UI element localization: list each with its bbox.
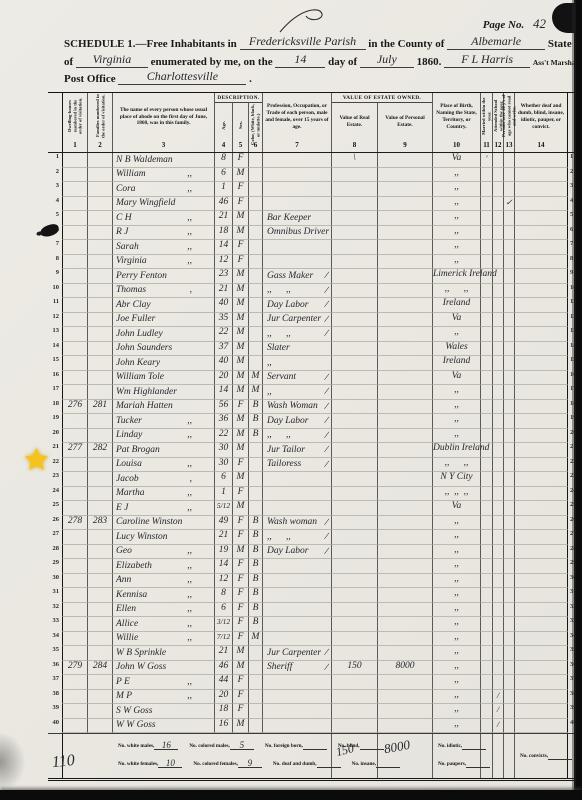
table-row: 15John Keary40M,,Ireland15 bbox=[48, 356, 582, 371]
family-cell bbox=[88, 646, 113, 661]
table-row: 9Perry Fenton23MGass Maker/Limerick Irel… bbox=[48, 269, 582, 284]
sex-cell: F bbox=[233, 182, 249, 197]
column-title: Whether deaf and dumb, blind, insane, id… bbox=[515, 93, 567, 141]
illiterate-cell bbox=[504, 559, 515, 574]
family-cell bbox=[88, 211, 113, 226]
birthplace-cell: ,, bbox=[433, 327, 481, 342]
personal-estate-cell bbox=[378, 719, 433, 734]
occupation-cell: Jur Tailor/ bbox=[263, 443, 332, 458]
person-name: Thomas bbox=[116, 285, 146, 295]
ditto-mark: ,, bbox=[187, 575, 192, 585]
color-cell bbox=[249, 458, 263, 473]
column-number-1: 1 bbox=[62, 139, 88, 152]
value-estate-group-label: VALUE OF ESTATE OWNED. bbox=[332, 93, 433, 103]
real-estate-cell bbox=[332, 197, 378, 212]
occupation-text: ,, ,, bbox=[267, 532, 291, 542]
table-row: 4Mary Wingfield46F,,✓4 bbox=[48, 197, 582, 212]
occupation-cell: Bar Keeper bbox=[263, 211, 332, 226]
married-cell bbox=[481, 269, 493, 284]
sex-cell: M bbox=[233, 472, 249, 487]
dwelling-cell bbox=[62, 153, 88, 168]
occupation-text: Day Labor bbox=[267, 546, 308, 556]
real-estate-cell bbox=[332, 719, 378, 734]
occupation-cell: ,, ,,/ bbox=[263, 530, 332, 545]
ditto-mark: , bbox=[190, 474, 192, 484]
illiterate-cell bbox=[504, 443, 515, 458]
dwelling-cell bbox=[62, 197, 88, 212]
age-cell: 6 bbox=[215, 472, 233, 487]
school-cell bbox=[493, 197, 504, 212]
person-name: Pat Brogan bbox=[116, 445, 160, 455]
person-name: Willie bbox=[116, 633, 138, 643]
remarks-cell bbox=[515, 211, 568, 226]
married-cell bbox=[481, 690, 493, 705]
real-estate-cell bbox=[332, 646, 378, 661]
name-cell: P E,, bbox=[113, 675, 215, 690]
color-cell: B bbox=[249, 559, 263, 574]
row-number: 39 bbox=[48, 704, 62, 719]
personal-estate-cell bbox=[378, 414, 433, 429]
illiterate-cell bbox=[504, 719, 515, 734]
column-header-11: Married within the year. bbox=[481, 93, 493, 139]
column-number-5: 5 bbox=[233, 139, 249, 152]
row-number: 31 bbox=[48, 588, 62, 603]
page-no-value: 42 bbox=[533, 16, 546, 31]
sex-cell: M bbox=[233, 342, 249, 357]
tally-tick: / bbox=[324, 401, 329, 412]
person-name: Wm Highlander bbox=[116, 387, 177, 397]
occupation-text: Wash woman bbox=[267, 517, 317, 527]
table-row: 29Elizabeth,,14FB,,29 bbox=[48, 559, 582, 574]
row-number bbox=[48, 93, 62, 139]
married-cell bbox=[481, 545, 493, 560]
occupation-cell: Day Labor/ bbox=[263, 298, 332, 313]
occupation-cell: Servant/ bbox=[263, 371, 332, 386]
color-cell: B bbox=[249, 516, 263, 531]
person-name: Louisa bbox=[116, 459, 142, 469]
column-title: Value of Personal Estate. bbox=[378, 103, 432, 141]
married-cell bbox=[481, 443, 493, 458]
age-cell: 18 bbox=[215, 704, 233, 719]
header-line-2: of Virginia enumerated by me, on the 14 … bbox=[64, 52, 580, 68]
age-cell: 21 bbox=[215, 211, 233, 226]
dwelling-cell bbox=[62, 168, 88, 183]
table-row: 17Wm Highlander14MM,,/,,17 bbox=[48, 385, 582, 400]
real-estate-cell bbox=[332, 632, 378, 647]
sex-cell: M bbox=[233, 385, 249, 400]
table-row: 36279284John W Goss46MSheriff/1508000,,3… bbox=[48, 661, 582, 676]
summary-label: No. colored males, bbox=[189, 743, 230, 749]
personal-estate-cell bbox=[378, 690, 433, 705]
summary-pair: No. foreign born, bbox=[265, 739, 327, 750]
illiterate-cell bbox=[504, 588, 515, 603]
dwelling-cell bbox=[62, 385, 88, 400]
summary-pair: No. convicts, bbox=[520, 749, 572, 760]
table-header-row: Dwelling-houses numbered in the order of… bbox=[48, 93, 582, 139]
person-name: Lucy Winston bbox=[116, 532, 167, 542]
remarks-cell bbox=[515, 356, 568, 371]
age-cell: 8 bbox=[215, 588, 233, 603]
summary-label: No. idiotic, bbox=[438, 743, 462, 749]
birthplace-cell: ,, ,, ,, bbox=[433, 487, 481, 502]
birthplace-cell: ,, bbox=[433, 385, 481, 400]
school-cell bbox=[493, 298, 504, 313]
dwelling-cell bbox=[62, 342, 88, 357]
tally-tick: / bbox=[324, 285, 329, 296]
birthplace-cell: ,, bbox=[433, 545, 481, 560]
occupation-cell bbox=[263, 182, 332, 197]
summary-label: No. colored females, bbox=[193, 761, 238, 767]
occupation-text: Sheriff bbox=[267, 662, 292, 672]
person-name: Abr Clay bbox=[116, 300, 151, 310]
person-name: John W Goss bbox=[116, 662, 166, 672]
tally-tick: / bbox=[324, 386, 329, 397]
family-cell bbox=[88, 603, 113, 618]
table-row: 22Louisa,,30FTailoress/,, ,,22 bbox=[48, 458, 582, 473]
sex-cell: F bbox=[233, 675, 249, 690]
marshal-signature: F L Harris bbox=[444, 52, 530, 68]
tally-tick: / bbox=[324, 546, 329, 557]
school-cell bbox=[493, 414, 504, 429]
color-cell: B bbox=[249, 400, 263, 415]
row-number: 34 bbox=[48, 632, 62, 647]
table-row: 23Jacob,6MN Y City23 bbox=[48, 472, 582, 487]
dwelling-cell bbox=[62, 545, 88, 560]
personal-estate-cell bbox=[378, 704, 433, 719]
illiterate-cell bbox=[504, 661, 515, 676]
school-cell bbox=[493, 313, 504, 328]
row-number: 26 bbox=[48, 516, 62, 531]
column-header-3: The name of every person whose usual pla… bbox=[113, 93, 215, 139]
illiterate-cell bbox=[504, 385, 515, 400]
summary-value bbox=[548, 759, 572, 760]
school-cell bbox=[493, 603, 504, 618]
occupation-cell bbox=[263, 632, 332, 647]
personal-estate-cell bbox=[378, 240, 433, 255]
birthplace-cell: ,, bbox=[433, 646, 481, 661]
family-cell bbox=[88, 675, 113, 690]
age-cell: 12 bbox=[215, 255, 233, 270]
table-row: 19Tucker,,36MBDay Labor/,,19 bbox=[48, 414, 582, 429]
person-name: Kennisa bbox=[116, 590, 147, 600]
real-estate-cell bbox=[332, 429, 378, 444]
person-name: P E bbox=[116, 677, 130, 687]
sex-cell: M bbox=[233, 443, 249, 458]
remarks-cell bbox=[515, 197, 568, 212]
birthplace-cell: ,, bbox=[433, 690, 481, 705]
occupation-text: Bar Keeper bbox=[267, 213, 311, 223]
summary-value: 10 bbox=[158, 759, 182, 768]
married-cell bbox=[481, 487, 493, 502]
table-row: 33Allice,,3/12FB,,33 bbox=[48, 617, 582, 632]
row-number: 20 bbox=[48, 429, 62, 444]
occupation-cell bbox=[263, 240, 332, 255]
personal-estate-cell bbox=[378, 646, 433, 661]
table-row: 31Kennisa,,8FB,,31 bbox=[48, 588, 582, 603]
personal-estate-cell bbox=[378, 153, 433, 168]
family-cell bbox=[88, 313, 113, 328]
age-cell: 49 bbox=[215, 516, 233, 531]
birthplace-cell: Limerick Ireland bbox=[433, 269, 481, 284]
district-field: Fredericksville Parish bbox=[240, 34, 366, 50]
ditto-mark: ,, bbox=[187, 459, 192, 469]
color-cell bbox=[249, 153, 263, 168]
occupation-cell: ,,/ bbox=[263, 385, 332, 400]
highlight-star-icon[interactable] bbox=[23, 446, 50, 473]
age-cell: 19 bbox=[215, 545, 233, 560]
birthplace-cell: ,, bbox=[433, 559, 481, 574]
illiterate-cell bbox=[504, 603, 515, 618]
name-cell: W W Goss bbox=[113, 719, 215, 734]
row-number: 16 bbox=[48, 371, 62, 386]
row-number: 25 bbox=[48, 501, 62, 516]
remarks-cell bbox=[515, 472, 568, 487]
illiterate-cell bbox=[504, 414, 515, 429]
color-cell bbox=[249, 356, 263, 371]
summary-value: 16 bbox=[154, 741, 178, 750]
table-row: 6R J,,18MOmnibus Driver,,6 bbox=[48, 226, 582, 241]
remarks-cell bbox=[515, 661, 568, 676]
real-estate-cell bbox=[332, 588, 378, 603]
age-cell: 40 bbox=[215, 298, 233, 313]
remarks-cell bbox=[515, 617, 568, 632]
of-label: of bbox=[64, 56, 73, 68]
illiterate-cell bbox=[504, 211, 515, 226]
sex-cell: M bbox=[233, 356, 249, 371]
sex-cell: M bbox=[233, 298, 249, 313]
color-cell bbox=[249, 255, 263, 270]
name-cell: Geo,, bbox=[113, 545, 215, 560]
remarks-cell bbox=[515, 545, 568, 560]
row-number: 14 bbox=[48, 342, 62, 357]
ditto-mark: ,, bbox=[187, 488, 192, 498]
table-row: 5C H,,21MBar Keeper,,5 bbox=[48, 211, 582, 226]
married-cell bbox=[481, 182, 493, 197]
age-cell: 35 bbox=[215, 313, 233, 328]
real-estate-cell bbox=[332, 603, 378, 618]
remarks-cell bbox=[515, 226, 568, 241]
personal-estate-cell bbox=[378, 588, 433, 603]
person-name: Ellen bbox=[116, 604, 136, 614]
occupation-cell bbox=[263, 487, 332, 502]
name-cell: W B Sprinkle bbox=[113, 646, 215, 661]
illiterate-cell bbox=[504, 472, 515, 487]
sex-cell: M bbox=[233, 501, 249, 516]
illiterate-cell bbox=[504, 240, 515, 255]
remarks-cell bbox=[515, 284, 568, 299]
birthplace-cell: Va bbox=[433, 371, 481, 386]
column-number-8: 8 bbox=[332, 139, 378, 152]
married-cell bbox=[481, 704, 493, 719]
occupation-text: Day Labor bbox=[267, 300, 308, 310]
married-cell bbox=[481, 458, 493, 473]
name-cell: Linday,, bbox=[113, 429, 215, 444]
illiterate-cell bbox=[504, 675, 515, 690]
family-cell bbox=[88, 501, 113, 516]
school-cell bbox=[493, 371, 504, 386]
real-estate-cell bbox=[332, 342, 378, 357]
real-estate-cell bbox=[332, 255, 378, 270]
name-cell: John W Goss bbox=[113, 661, 215, 676]
column-title: Profession, Occupation, or Trade of each… bbox=[263, 93, 331, 141]
sex-cell: F bbox=[233, 559, 249, 574]
school-cell bbox=[493, 182, 504, 197]
illiterate-cell bbox=[504, 313, 515, 328]
scan-smudge bbox=[0, 732, 26, 792]
summary-value bbox=[317, 767, 341, 768]
county-field: Albemarle bbox=[447, 34, 545, 50]
table-row: 28Geo,,19MBDay Labor/,,28 bbox=[48, 545, 582, 560]
dwelling-cell bbox=[62, 255, 88, 270]
family-cell bbox=[88, 240, 113, 255]
remarks-cell bbox=[515, 443, 568, 458]
person-name: John Keary bbox=[116, 358, 160, 368]
personal-estate-cell bbox=[378, 313, 433, 328]
married-cell bbox=[481, 574, 493, 589]
ditto-mark: ,, bbox=[187, 604, 192, 614]
age-cell: 21 bbox=[215, 530, 233, 545]
row-number: 10 bbox=[48, 284, 62, 299]
table-row: 30Ann,,12FB,,30 bbox=[48, 574, 582, 589]
family-cell bbox=[88, 588, 113, 603]
remarks-cell bbox=[515, 646, 568, 661]
occupation-cell: Day Labor/ bbox=[263, 545, 332, 560]
birthplace-cell: ,, bbox=[433, 516, 481, 531]
sex-cell: F bbox=[233, 153, 249, 168]
real-estate-cell bbox=[332, 501, 378, 516]
personal-estate-cell bbox=[378, 400, 433, 415]
school-cell bbox=[493, 211, 504, 226]
sex-cell: M bbox=[233, 429, 249, 444]
person-name: Linday bbox=[116, 430, 142, 440]
table-row: 7Sarah,,14F,,7 bbox=[48, 240, 582, 255]
remarks-cell bbox=[515, 400, 568, 415]
age-cell: 6 bbox=[215, 603, 233, 618]
table-row: 20Linday,,22MB,, ,,/,,20 bbox=[48, 429, 582, 444]
table-row: 37P E,,44F,,37 bbox=[48, 675, 582, 690]
column-number-3: 3 bbox=[113, 139, 215, 152]
occupation-cell: ,, ,,/ bbox=[263, 327, 332, 342]
school-cell bbox=[493, 675, 504, 690]
birthplace-cell: Ireland bbox=[433, 298, 481, 313]
post-office-field: Charlottesville bbox=[118, 69, 246, 85]
tally-tick: / bbox=[324, 531, 329, 542]
real-estate-cell bbox=[332, 385, 378, 400]
tally-tick: / bbox=[324, 459, 329, 470]
summary-pair: No. deaf and dumb, bbox=[273, 757, 341, 768]
school-cell bbox=[493, 661, 504, 676]
row-number: 4 bbox=[48, 197, 62, 212]
table-row: 39S W Goss18F,,/39 bbox=[48, 704, 582, 719]
married-cell bbox=[481, 284, 493, 299]
row-number: 22 bbox=[48, 458, 62, 473]
remarks-cell bbox=[515, 313, 568, 328]
personal-estate-cell bbox=[378, 327, 433, 342]
period-mark: . bbox=[249, 73, 252, 85]
ditto-mark: ,, bbox=[187, 503, 192, 513]
school-cell bbox=[493, 168, 504, 183]
summary-value bbox=[303, 749, 327, 750]
tally-tick: / bbox=[324, 430, 329, 441]
census-schedule-page: Page No. 42 SCHEDULE 1.—Free Inhabitants… bbox=[0, 0, 582, 800]
age-cell: 14 bbox=[215, 559, 233, 574]
name-cell: William Tole bbox=[113, 371, 215, 386]
real-estate-cell bbox=[332, 414, 378, 429]
header-line-3: Post Office Charlottesville . bbox=[64, 69, 252, 85]
school-cell bbox=[493, 516, 504, 531]
sex-cell: M bbox=[233, 646, 249, 661]
column-header-7: Profession, Occupation, or Trade of each… bbox=[263, 93, 332, 139]
column-header-10: Place of Birth, Naming the State, Territ… bbox=[433, 93, 481, 139]
margin-note: 110 bbox=[51, 752, 76, 772]
name-cell: Caroline Winston bbox=[113, 516, 215, 531]
occupation-cell bbox=[263, 719, 332, 734]
column-number-12: 12 bbox=[493, 139, 504, 152]
dwelling-cell bbox=[62, 574, 88, 589]
row-number: 32 bbox=[48, 603, 62, 618]
table-row: 18276281Mariah Hatten56FBWash Woman/,,18 bbox=[48, 400, 582, 415]
real-estate-cell bbox=[332, 559, 378, 574]
personal-estate-cell bbox=[378, 675, 433, 690]
family-cell bbox=[88, 284, 113, 299]
occupation-cell: Day Labor/ bbox=[263, 414, 332, 429]
summary-label: No. deaf and dumb, bbox=[273, 761, 317, 767]
table-row: 26278283Caroline Winston49FBWash woman/,… bbox=[48, 516, 582, 531]
row-number: 24 bbox=[48, 487, 62, 502]
personal-estate-cell bbox=[378, 211, 433, 226]
name-cell: Joe Fuller bbox=[113, 313, 215, 328]
sex-cell: M bbox=[233, 211, 249, 226]
age-cell: 14 bbox=[215, 385, 233, 400]
row-number: 28 bbox=[48, 545, 62, 560]
color-cell bbox=[249, 487, 263, 502]
married-cell bbox=[481, 603, 493, 618]
married-cell bbox=[481, 632, 493, 647]
age-cell: 12 bbox=[215, 574, 233, 589]
sex-cell: M bbox=[233, 226, 249, 241]
occupation-cell bbox=[263, 603, 332, 618]
age-cell: 30 bbox=[215, 458, 233, 473]
ditto-mark: ,, bbox=[187, 416, 192, 426]
table-row: 25E J,,5/12MVa25 bbox=[48, 501, 582, 516]
remarks-cell bbox=[515, 327, 568, 342]
school-cell bbox=[493, 472, 504, 487]
dwelling-cell bbox=[62, 429, 88, 444]
person-name: Ann bbox=[116, 575, 131, 585]
family-cell bbox=[88, 487, 113, 502]
sex-cell: F bbox=[233, 690, 249, 705]
age-cell: 3/12 bbox=[215, 617, 233, 632]
school-cell bbox=[493, 226, 504, 241]
color-cell bbox=[249, 661, 263, 676]
family-cell bbox=[88, 356, 113, 371]
sex-cell: F bbox=[233, 704, 249, 719]
illiterate-cell bbox=[504, 458, 515, 473]
sex-cell: M bbox=[233, 414, 249, 429]
occupation-text: Slater bbox=[267, 343, 290, 353]
color-cell bbox=[249, 327, 263, 342]
married-cell bbox=[481, 197, 493, 212]
column-number-6: 6 bbox=[249, 139, 263, 152]
summary-pair: No. white females,10 bbox=[118, 757, 182, 768]
column-title: The name of every person whose usual pla… bbox=[113, 93, 214, 141]
name-cell: Ann,, bbox=[113, 574, 215, 589]
family-cell bbox=[88, 197, 113, 212]
family-cell bbox=[88, 530, 113, 545]
color-cell: B bbox=[249, 414, 263, 429]
row-number: 7 bbox=[48, 240, 62, 255]
birthplace-cell: ,, bbox=[433, 719, 481, 734]
